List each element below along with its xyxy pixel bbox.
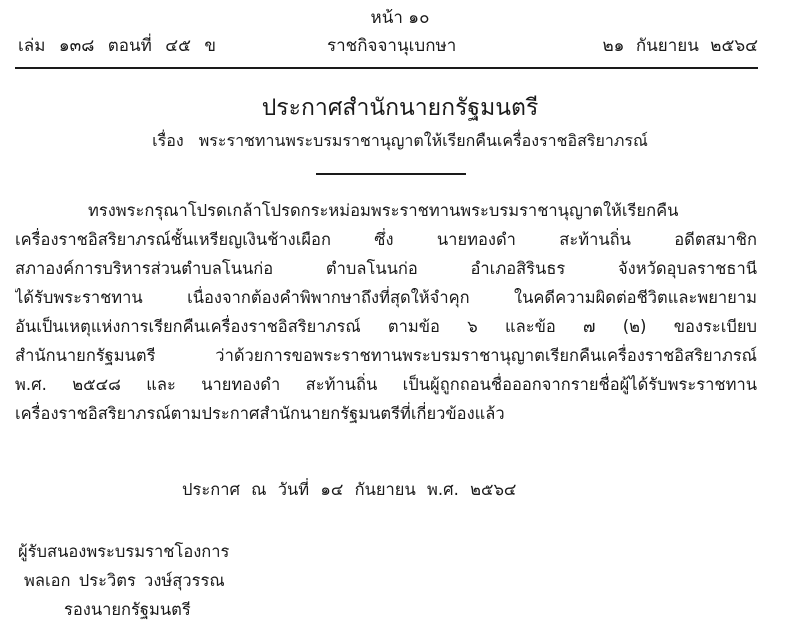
signatory-name: พลเอก ประวิตร วงษ์สุวรรณ xyxy=(24,569,225,593)
volume-issue: เล่ม ๑๓๘ ตอนที่ ๔๕ ข xyxy=(18,34,216,58)
signatory-position: รองนายกรัฐมนตรี xyxy=(64,598,191,622)
publication-name: ราชกิจจานุเบกษา xyxy=(327,34,456,58)
gazette-header: เล่ม ๑๓๘ ตอนที่ ๔๕ ข ราชกิจจานุเบกษา ๒๑ … xyxy=(15,34,758,58)
body-line: สภาองค์การบริหารส่วนตำบลโนนก่อ ตำบลโนนก่… xyxy=(15,257,757,281)
header-divider xyxy=(15,67,758,69)
body-line: พ.ศ. ๒๕๔๘ และ นายทองดำ สะท้านถิ่น เป็นผู… xyxy=(15,373,757,397)
body-line: อันเป็นเหตุแห่งการเรียกคืนเครื่องราชอิสร… xyxy=(15,315,757,339)
publication-date: ๒๑ กันยายน ๒๕๖๔ xyxy=(602,34,758,58)
body-line: ทรงพระกรุณาโปรดเกล้าโปรดกระหม่อมพระราชทา… xyxy=(88,199,757,223)
subject-text: พระราชทานพระบรมราชานุญาตให้เรียกคืนเครื่… xyxy=(199,131,648,150)
body-line: เครื่องราชอิสริยาภรณ์ตามประกาศสำนักนายกร… xyxy=(15,402,757,426)
page-number: หน้า ๑๐ xyxy=(0,6,800,30)
announcement-subject: เรื่อง พระราชทานพระบรมราชานุญาตให้เรียกค… xyxy=(0,129,800,153)
body-line: เครื่องราชอิสริยาภรณ์ชั้นเหรียญเงินช้างเ… xyxy=(15,228,757,252)
body-line: สำนักนายกรัฐมนตรี ว่าด้วยการขอพระราชทานพ… xyxy=(15,344,757,368)
countersign-label: ผู้รับสนองพระบรมราชโองการ xyxy=(18,540,229,564)
subject-label: เรื่อง xyxy=(152,131,183,150)
announcement-date: ประกาศ ณ วันที่ ๑๔ กันยายน พ.ศ. ๒๕๖๔ xyxy=(182,478,516,502)
title-divider xyxy=(316,173,466,175)
announcement-title: ประกาศสำนักนายกรัฐมนตรี xyxy=(0,92,800,124)
body-line: ได้รับพระราชทาน เนื่องจากต้องคำพิพากษาถึ… xyxy=(15,286,757,310)
